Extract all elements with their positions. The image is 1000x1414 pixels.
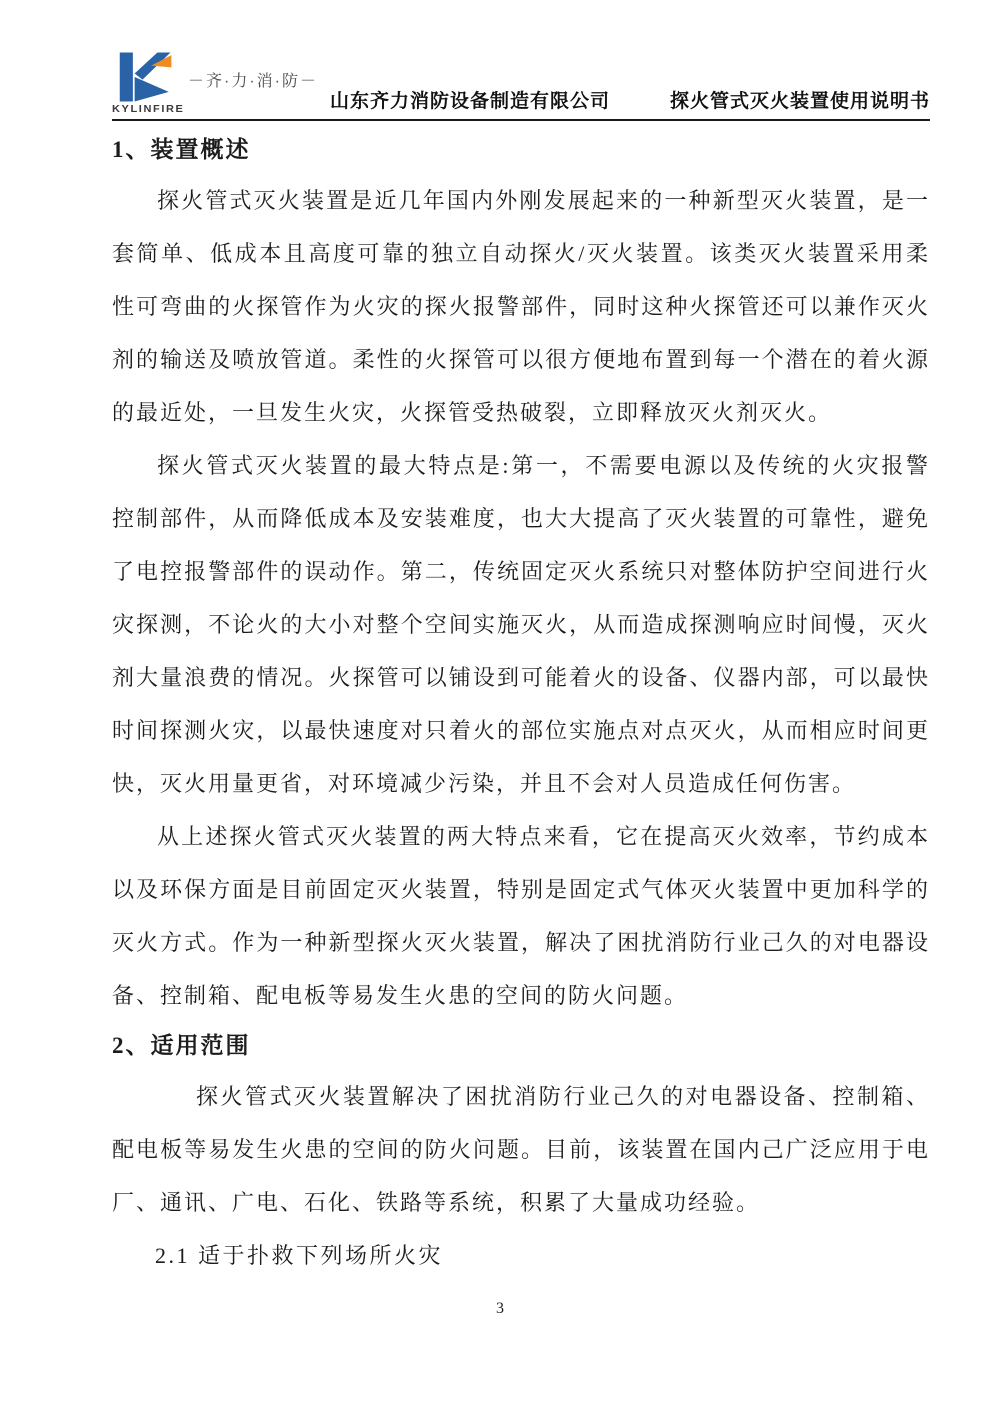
body-line: 了电控报警部件的误动作。第二，传统固定灭火系统只对整体防护空间进行火 <box>112 545 930 598</box>
body-line: 剂的输送及喷放管道。柔性的火探管可以很方便地布置到每一个潜在的着火源 <box>112 333 930 386</box>
document-body: 1、装置概述 探火管式灭火装置是近几年国内外刚发展起来的一种新型灭火装置，是一 … <box>112 126 930 1282</box>
section-1-heading: 1、装置概述 <box>112 126 930 174</box>
page-number: 3 <box>0 1300 1000 1318</box>
body-line: 备、控制箱、配电板等易发生火患的空间的防火问题。 <box>112 969 930 1022</box>
body-line: 时间探测火灾，以最快速度对只着火的部位实施点对点灭火，从而相应时间更 <box>112 704 930 757</box>
slogan-label: －齐·力·消·防－ <box>188 68 318 91</box>
body-line: 灾探测，不论火的大小对整个空间实施灭火，从而造成探测响应时间慢，灭火 <box>112 598 930 651</box>
body-line: 性可弯曲的火探管作为火灾的探火报警部件，同时这种火探管还可以兼作灭火 <box>112 280 930 333</box>
body-line: 配电板等易发生火患的空间的防火问题。目前，该装置在国内己广泛应用于电 <box>112 1123 930 1176</box>
section-2-heading: 2、适用范围 <box>112 1022 930 1070</box>
body-line: 探火管式灭火装置解决了困扰消防行业己久的对电器设备、控制箱、 <box>112 1070 930 1123</box>
body-line: 剂大量浪费的情况。火探管可以铺设到可能着火的设备、仪器内部，可以最快 <box>112 651 930 704</box>
kylinfire-logo-icon <box>118 50 174 104</box>
body-line: 探火管式灭火装置是近几年国内外刚发展起来的一种新型灭火装置，是一 <box>112 174 930 227</box>
header: KYLINFIRE －齐·力·消·防－ 山东齐力消防设备制造有限公司 探火管式灭… <box>112 0 930 121</box>
doc-title: 探火管式灭火装置使用说明书 <box>670 86 930 113</box>
body-line: 探火管式灭火装置的最大特点是:第一，不需要电源以及传统的火灾报警 <box>112 439 930 492</box>
body-line: 控制部件，从而降低成本及安装难度，也大大提高了灭火装置的可靠性，避免 <box>112 492 930 545</box>
brand-label: KYLINFIRE <box>112 103 200 114</box>
body-line: 快，灭火用量更省，对环境减少污染，并且不会对人员造成任何伤害。 <box>112 757 930 810</box>
body-line: 以及环保方面是目前固定灭火装置，特别是固定式气体灭火装置中更加科学的 <box>112 863 930 916</box>
body-line: 厂、通讯、广电、石化、铁路等系统，积累了大量成功经验。 <box>112 1176 930 1229</box>
manual-page: KYLINFIRE －齐·力·消·防－ 山东齐力消防设备制造有限公司 探火管式灭… <box>0 0 1000 1414</box>
subsection-2-1-heading: 2.1 适于扑救下列场所火灾 <box>112 1229 930 1282</box>
body-line: 套简单、低成本且高度可靠的独立自动探火/灭火装置。该类灭火装置采用柔 <box>112 227 930 280</box>
body-line: 灭火方式。作为一种新型探火灭火装置，解决了困扰消防行业己久的对电器设 <box>112 916 930 969</box>
body-line: 从上述探火管式灭火装置的两大特点来看，它在提高灭火效率，节约成本 <box>112 810 930 863</box>
company-name: 山东齐力消防设备制造有限公司 <box>330 86 610 113</box>
body-line: 的最近处，一旦发生火灾，火探管受热破裂，立即释放灭火剂灭火。 <box>112 386 930 439</box>
